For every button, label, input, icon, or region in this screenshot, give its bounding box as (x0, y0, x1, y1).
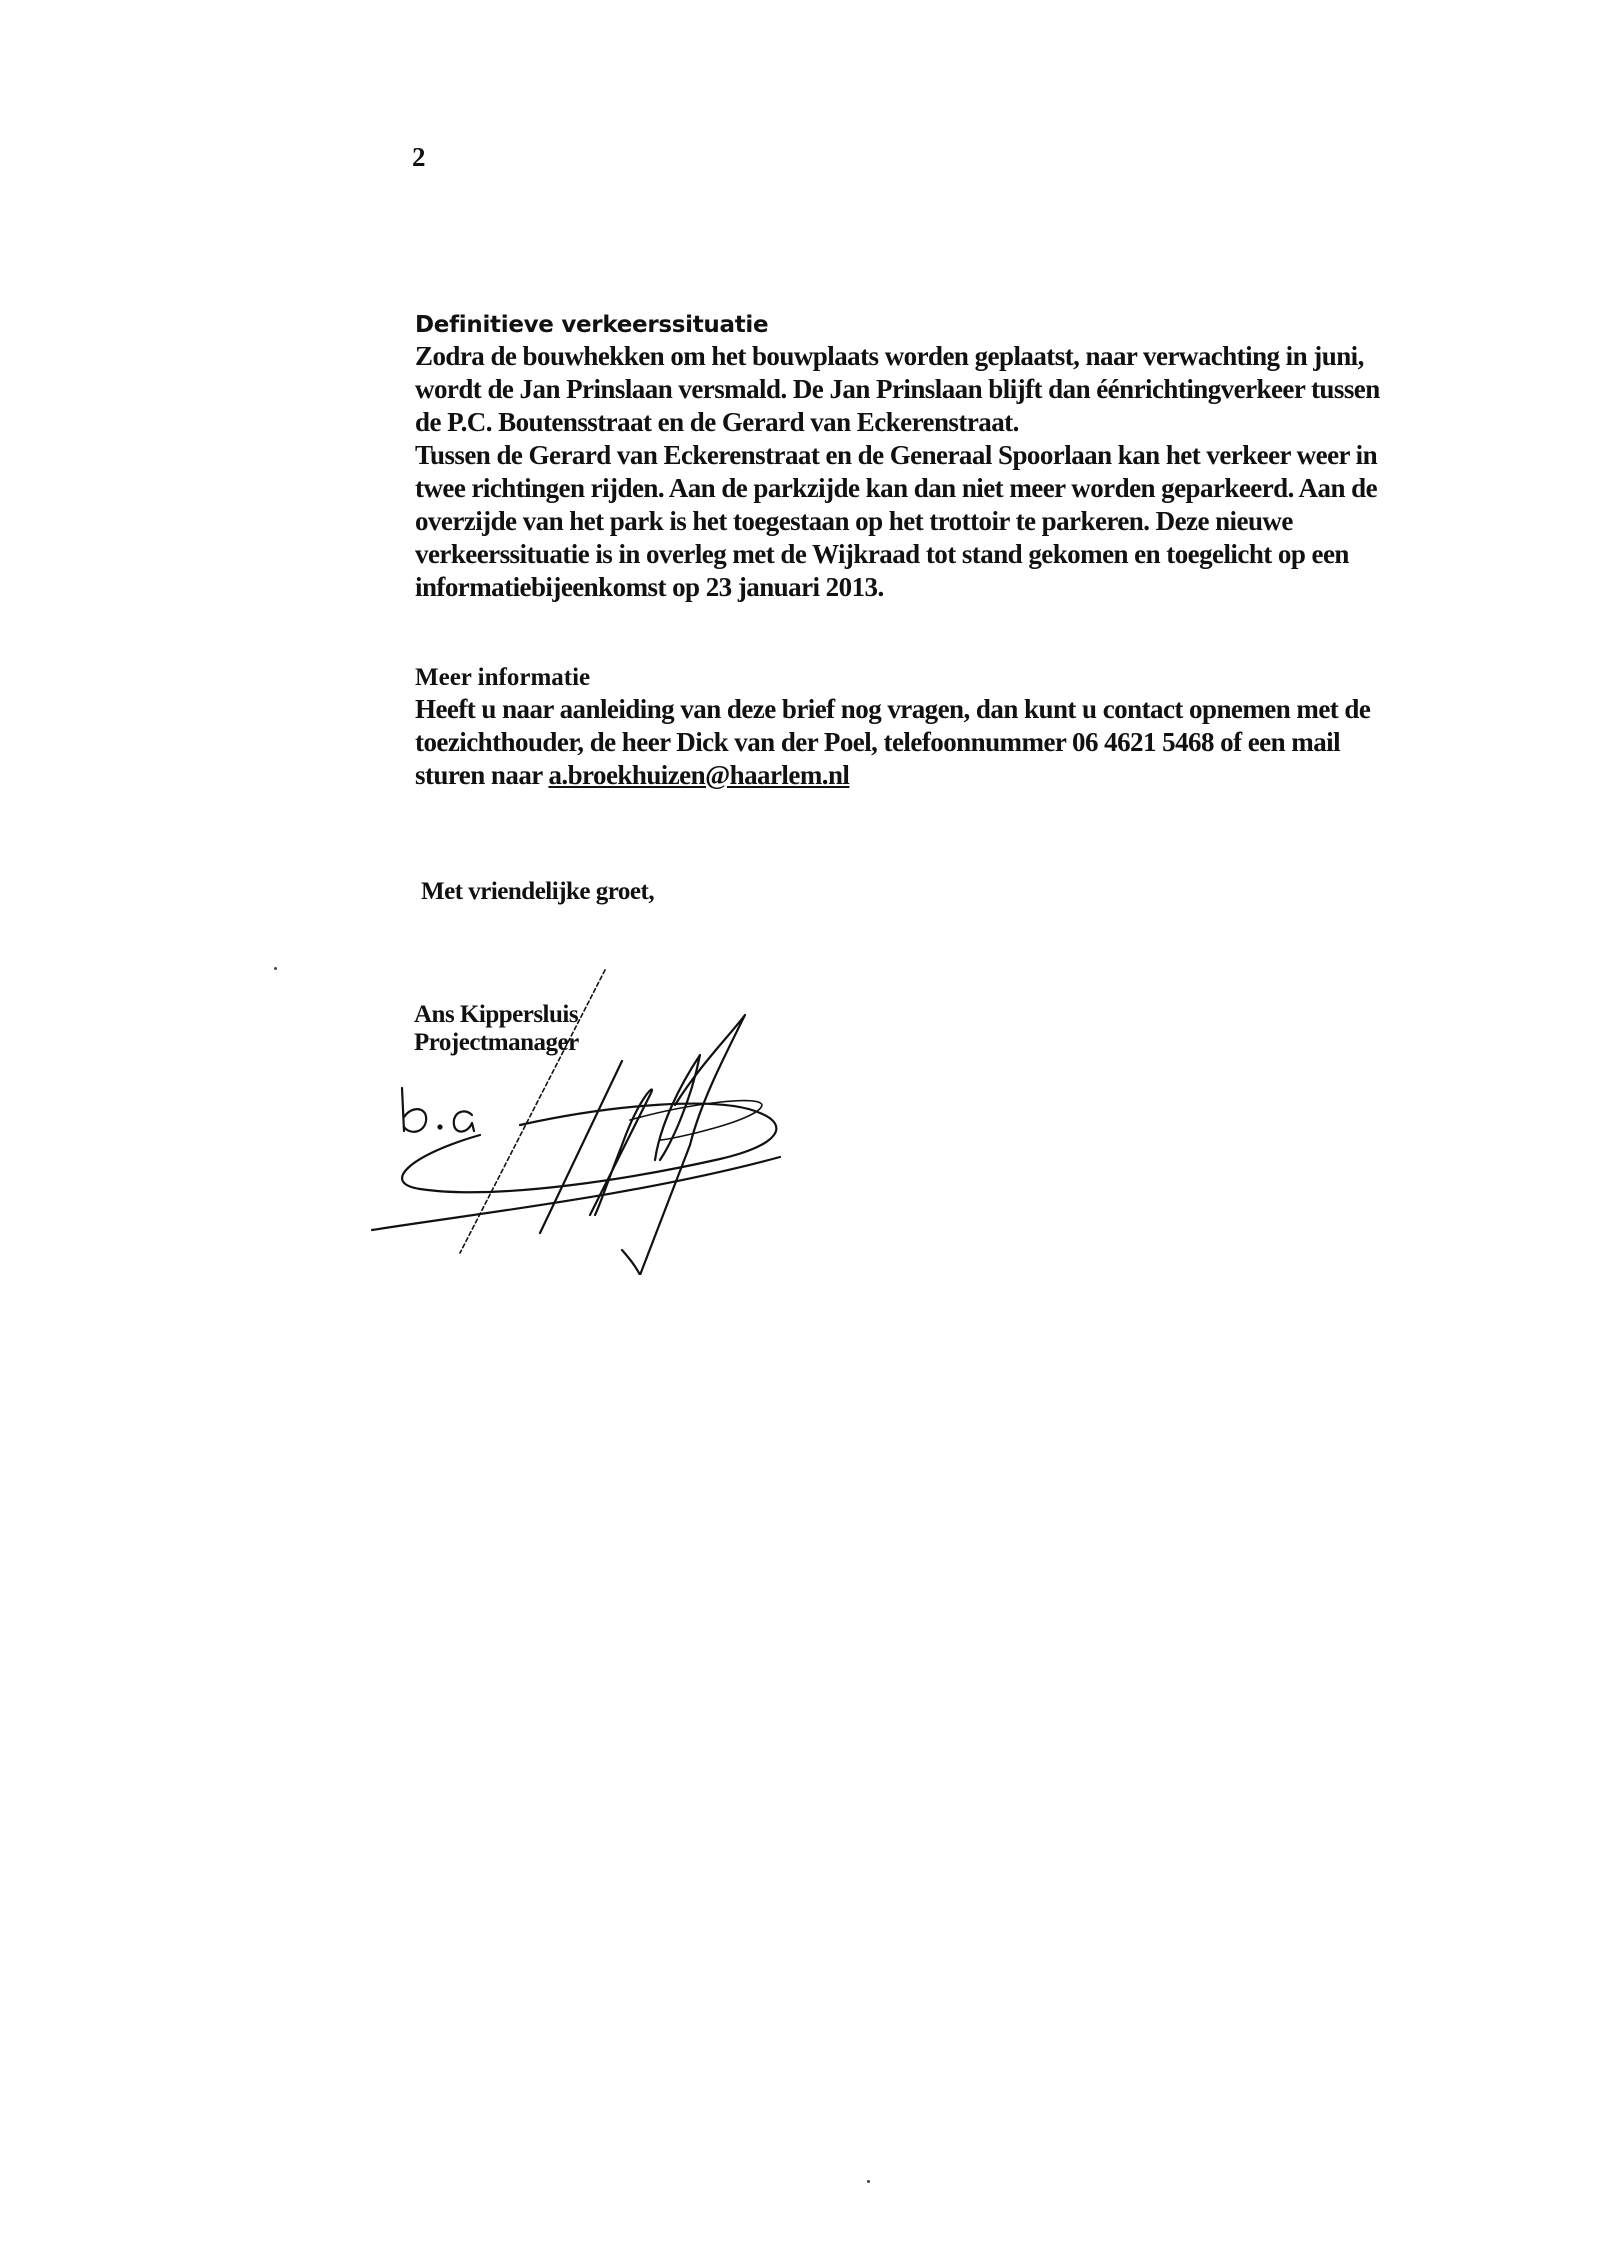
paragraph-line: toezichthouder, de heer Dick van der Poe… (415, 726, 1370, 759)
paragraph-line: Tussen de Gerard van Eckerenstraat en de… (415, 439, 1380, 472)
paragraph-line: twee richtingen rijden. Aan de parkzijde… (415, 472, 1380, 505)
section-heading-definitieve-verkeerssituatie: Definitieve verkeerssituatie (415, 312, 768, 338)
paragraph-line: verkeerssituatie is in overleg met de Wi… (415, 538, 1380, 571)
paragraph-line: wordt de Jan Prinslaan versmald. De Jan … (415, 373, 1380, 406)
paragraph-line-contact: sturen naar a.broekhuizen@haarlem.nl (415, 759, 1370, 792)
email-link[interactable]: a.broekhuizen@haarlem.nl (548, 760, 849, 790)
contact-prefix: sturen naar (415, 760, 548, 790)
scan-speck (867, 2180, 870, 2183)
paragraph-line: overzijde van het park is het toegestaan… (415, 505, 1380, 538)
section-body-meer-informatie: Heeft u naar aanleiding van deze brief n… (415, 693, 1370, 792)
paragraph-line: informatiebijeenkomst op 23 januari 2013… (415, 571, 1380, 604)
closing-greeting: Met vriendelijke groet, (421, 878, 654, 906)
section-heading-meer-informatie: Meer informatie (415, 664, 590, 692)
paragraph-line: de P.C. Boutensstraat en de Gerard van E… (415, 406, 1380, 439)
scan-speck (274, 967, 277, 970)
letter-page: 2 Definitieve verkeerssituatie Zodra de … (0, 0, 1600, 2261)
handwritten-signature (360, 945, 820, 1275)
page-number: 2 (412, 142, 426, 173)
paragraph-line: Heeft u naar aanleiding van deze brief n… (415, 693, 1370, 726)
paragraph-line: Zodra de bouwhekken om het bouwplaats wo… (415, 340, 1380, 373)
section-body-verkeerssituatie: Zodra de bouwhekken om het bouwplaats wo… (415, 340, 1380, 604)
